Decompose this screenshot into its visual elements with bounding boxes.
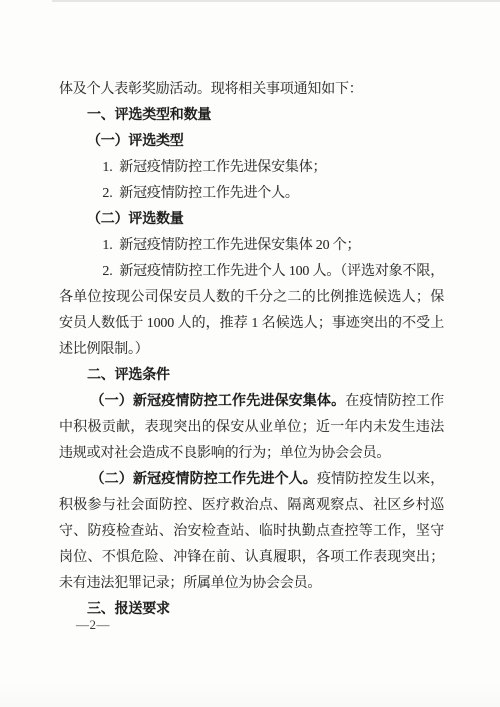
document-body: 体及个人表彰奖励活动。现将相关事项通知如下： 一、评选类型和数量 （一）评选类型… (59, 77, 444, 623)
condition-paragraph-1: （一）新冠疫情防控工作先进保安集体。在疫情防控工作中积极贡献，表现突出的保安从业… (59, 389, 444, 467)
scan-edge-artifact (52, 0, 500, 2)
condition-2-lead: （二）新冠疫情防控工作先进个人。 (91, 472, 317, 487)
scanned-document-page: 体及个人表彰奖励活动。现将相关事项通知如下： 一、评选类型和数量 （一）评选类型… (0, 0, 500, 707)
selection-quantity-item-1: 1. 新冠疫情防控工作先进保安集体 20 个； (59, 233, 444, 259)
condition-2-body: 疫情防控发生以来，积极参与社会面防控、医疗救治点、隔离观察点、社区乡村巡守、防疫… (59, 472, 444, 591)
section-1-heading: 一、评选类型和数量 (59, 103, 444, 129)
condition-1-lead: （一）新冠疫情防控工作先进保安集体。 (91, 394, 346, 409)
intro-continuation-line: 体及个人表彰奖励活动。现将相关事项通知如下： (59, 77, 444, 103)
scan-shade-artifact (0, 681, 500, 707)
condition-paragraph-2: （二）新冠疫情防控工作先进个人。疫情防控发生以来，积极参与社会面防控、医疗救治点… (59, 467, 444, 597)
section-1-2-heading: （二）评选数量 (59, 207, 444, 233)
section-3-heading: 三、报送要求 (59, 597, 444, 623)
selection-type-item-2: 2. 新冠疫情防控工作先进个人。 (59, 181, 444, 207)
selection-type-item-1: 1. 新冠疫情防控工作先进保安集体； (59, 155, 444, 181)
page-number: —2— (76, 617, 110, 633)
section-2-heading: 二、评选条件 (59, 363, 444, 389)
section-1-1-heading: （一）评选类型 (59, 129, 444, 155)
selection-quantity-item-2: 2. 新冠疫情防控工作先进个人 100 人。（评选对象不限，各单位按现公司保安员… (59, 259, 444, 363)
